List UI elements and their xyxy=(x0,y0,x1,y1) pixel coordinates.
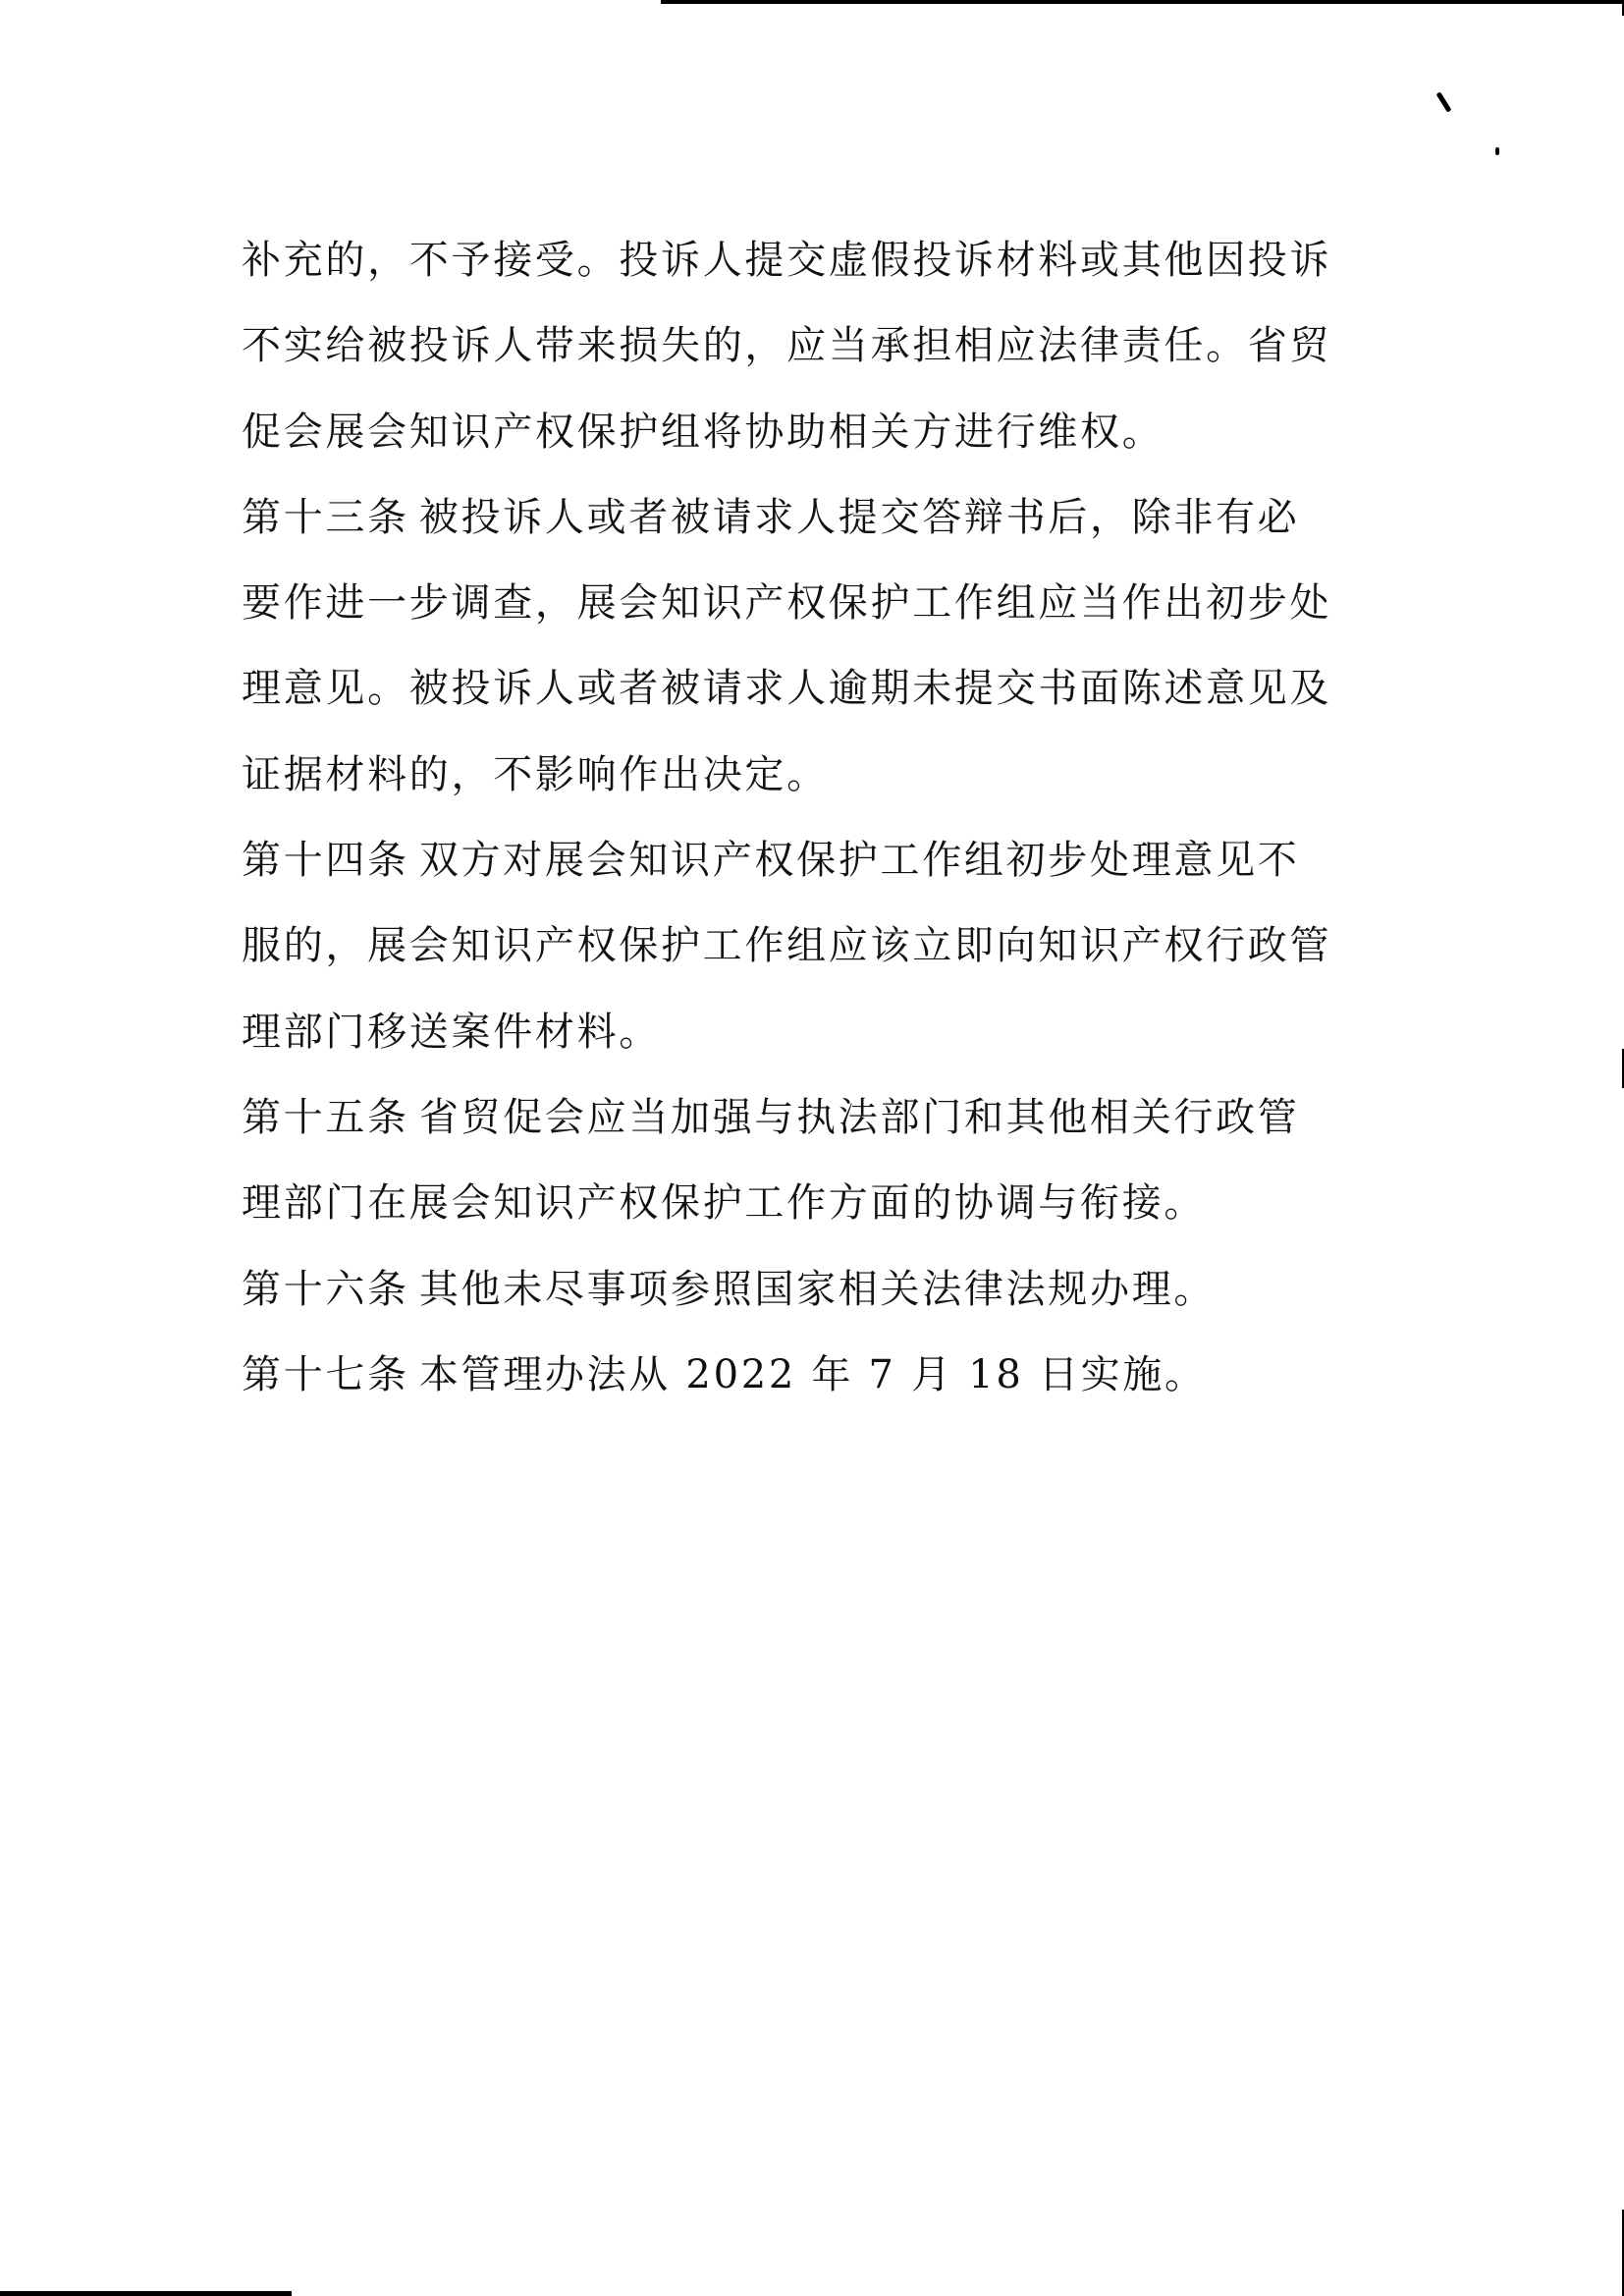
text-line: 理意见。被投诉人或者被请求人逾期未提交书面陈述意见及 xyxy=(242,646,1380,732)
scan-edge-artifact-top xyxy=(661,0,1624,4)
article-number: 第十五条 xyxy=(242,1095,409,1140)
paragraph-article-13: 第十三条被投诉人或者被请求人提交答辩书后，除非有必 要作进一步调查，展会知识产权… xyxy=(242,475,1380,818)
scan-speck xyxy=(1495,147,1499,155)
scanned-page: 补充的，不予接受。投诉人提交虚假投诉材料或其他因投诉 不实给被投诉人带来损失的，… xyxy=(0,0,1624,2296)
text-line: 要作进一步调查，展会知识产权保护工作组应当作出初步处 xyxy=(242,561,1380,646)
text-line: 证据材料的，不影响作出决定。 xyxy=(242,733,1380,818)
article-text: 其他未尽事项参照国家相关法律法规办理。 xyxy=(419,1267,1216,1312)
text-line: 第十五条省贸促会应当加强与执法部门和其他相关行政管 xyxy=(242,1075,1380,1161)
scan-speck xyxy=(1436,91,1452,112)
scan-edge-artifact-bottom xyxy=(0,2291,292,2296)
text-line: 理部门移送案件材料。 xyxy=(242,990,1380,1075)
paragraph-article-17: 第十七条本管理办法从 2022 年 7 月 18 日实施。 xyxy=(242,1333,1380,1418)
article-text: 本管理办法从 2022 年 7 月 18 日实施。 xyxy=(419,1352,1207,1397)
text-line: 补充的，不予接受。投诉人提交虚假投诉材料或其他因投诉 xyxy=(242,218,1380,303)
article-text: 被投诉人或者被请求人提交答辩书后，除非有必 xyxy=(419,495,1300,540)
paragraph-continuation: 补充的，不予接受。投诉人提交虚假投诉材料或其他因投诉 不实给被投诉人带来损失的，… xyxy=(242,218,1380,475)
document-body: 补充的，不予接受。投诉人提交虚假投诉材料或其他因投诉 不实给被投诉人带来损失的，… xyxy=(242,218,1380,1418)
article-number: 第十三条 xyxy=(242,495,409,540)
article-text: 省贸促会应当加强与执法部门和其他相关行政管 xyxy=(419,1095,1300,1140)
article-text: 双方对展会知识产权保护工作组初步处理意见不 xyxy=(419,838,1300,883)
text-line: 第十六条其他未尽事项参照国家相关法律法规办理。 xyxy=(242,1247,1380,1333)
text-line: 服的，展会知识产权保护工作组应该立即向知识产权行政管 xyxy=(242,903,1380,989)
text-line: 理部门在展会知识产权保护工作方面的协调与衔接。 xyxy=(242,1161,1380,1246)
paragraph-article-16: 第十六条其他未尽事项参照国家相关法律法规办理。 xyxy=(242,1247,1380,1333)
text-line: 不实给被投诉人带来损失的，应当承担相应法律责任。省贸 xyxy=(242,303,1380,389)
article-number: 第十四条 xyxy=(242,838,409,883)
text-line: 促会展会知识产权保护组将协助相关方进行维权。 xyxy=(242,390,1380,475)
text-line: 第十三条被投诉人或者被请求人提交答辩书后，除非有必 xyxy=(242,475,1380,561)
text-line: 第十四条双方对展会知识产权保护工作组初步处理意见不 xyxy=(242,818,1380,903)
text-line: 第十七条本管理办法从 2022 年 7 月 18 日实施。 xyxy=(242,1333,1380,1418)
article-number: 第十七条 xyxy=(242,1352,409,1397)
paragraph-article-14: 第十四条双方对展会知识产权保护工作组初步处理意见不 服的，展会知识产权保护工作组… xyxy=(242,818,1380,1075)
article-number: 第十六条 xyxy=(242,1267,409,1312)
paragraph-article-15: 第十五条省贸促会应当加强与执法部门和其他相关行政管 理部门在展会知识产权保护工作… xyxy=(242,1075,1380,1247)
